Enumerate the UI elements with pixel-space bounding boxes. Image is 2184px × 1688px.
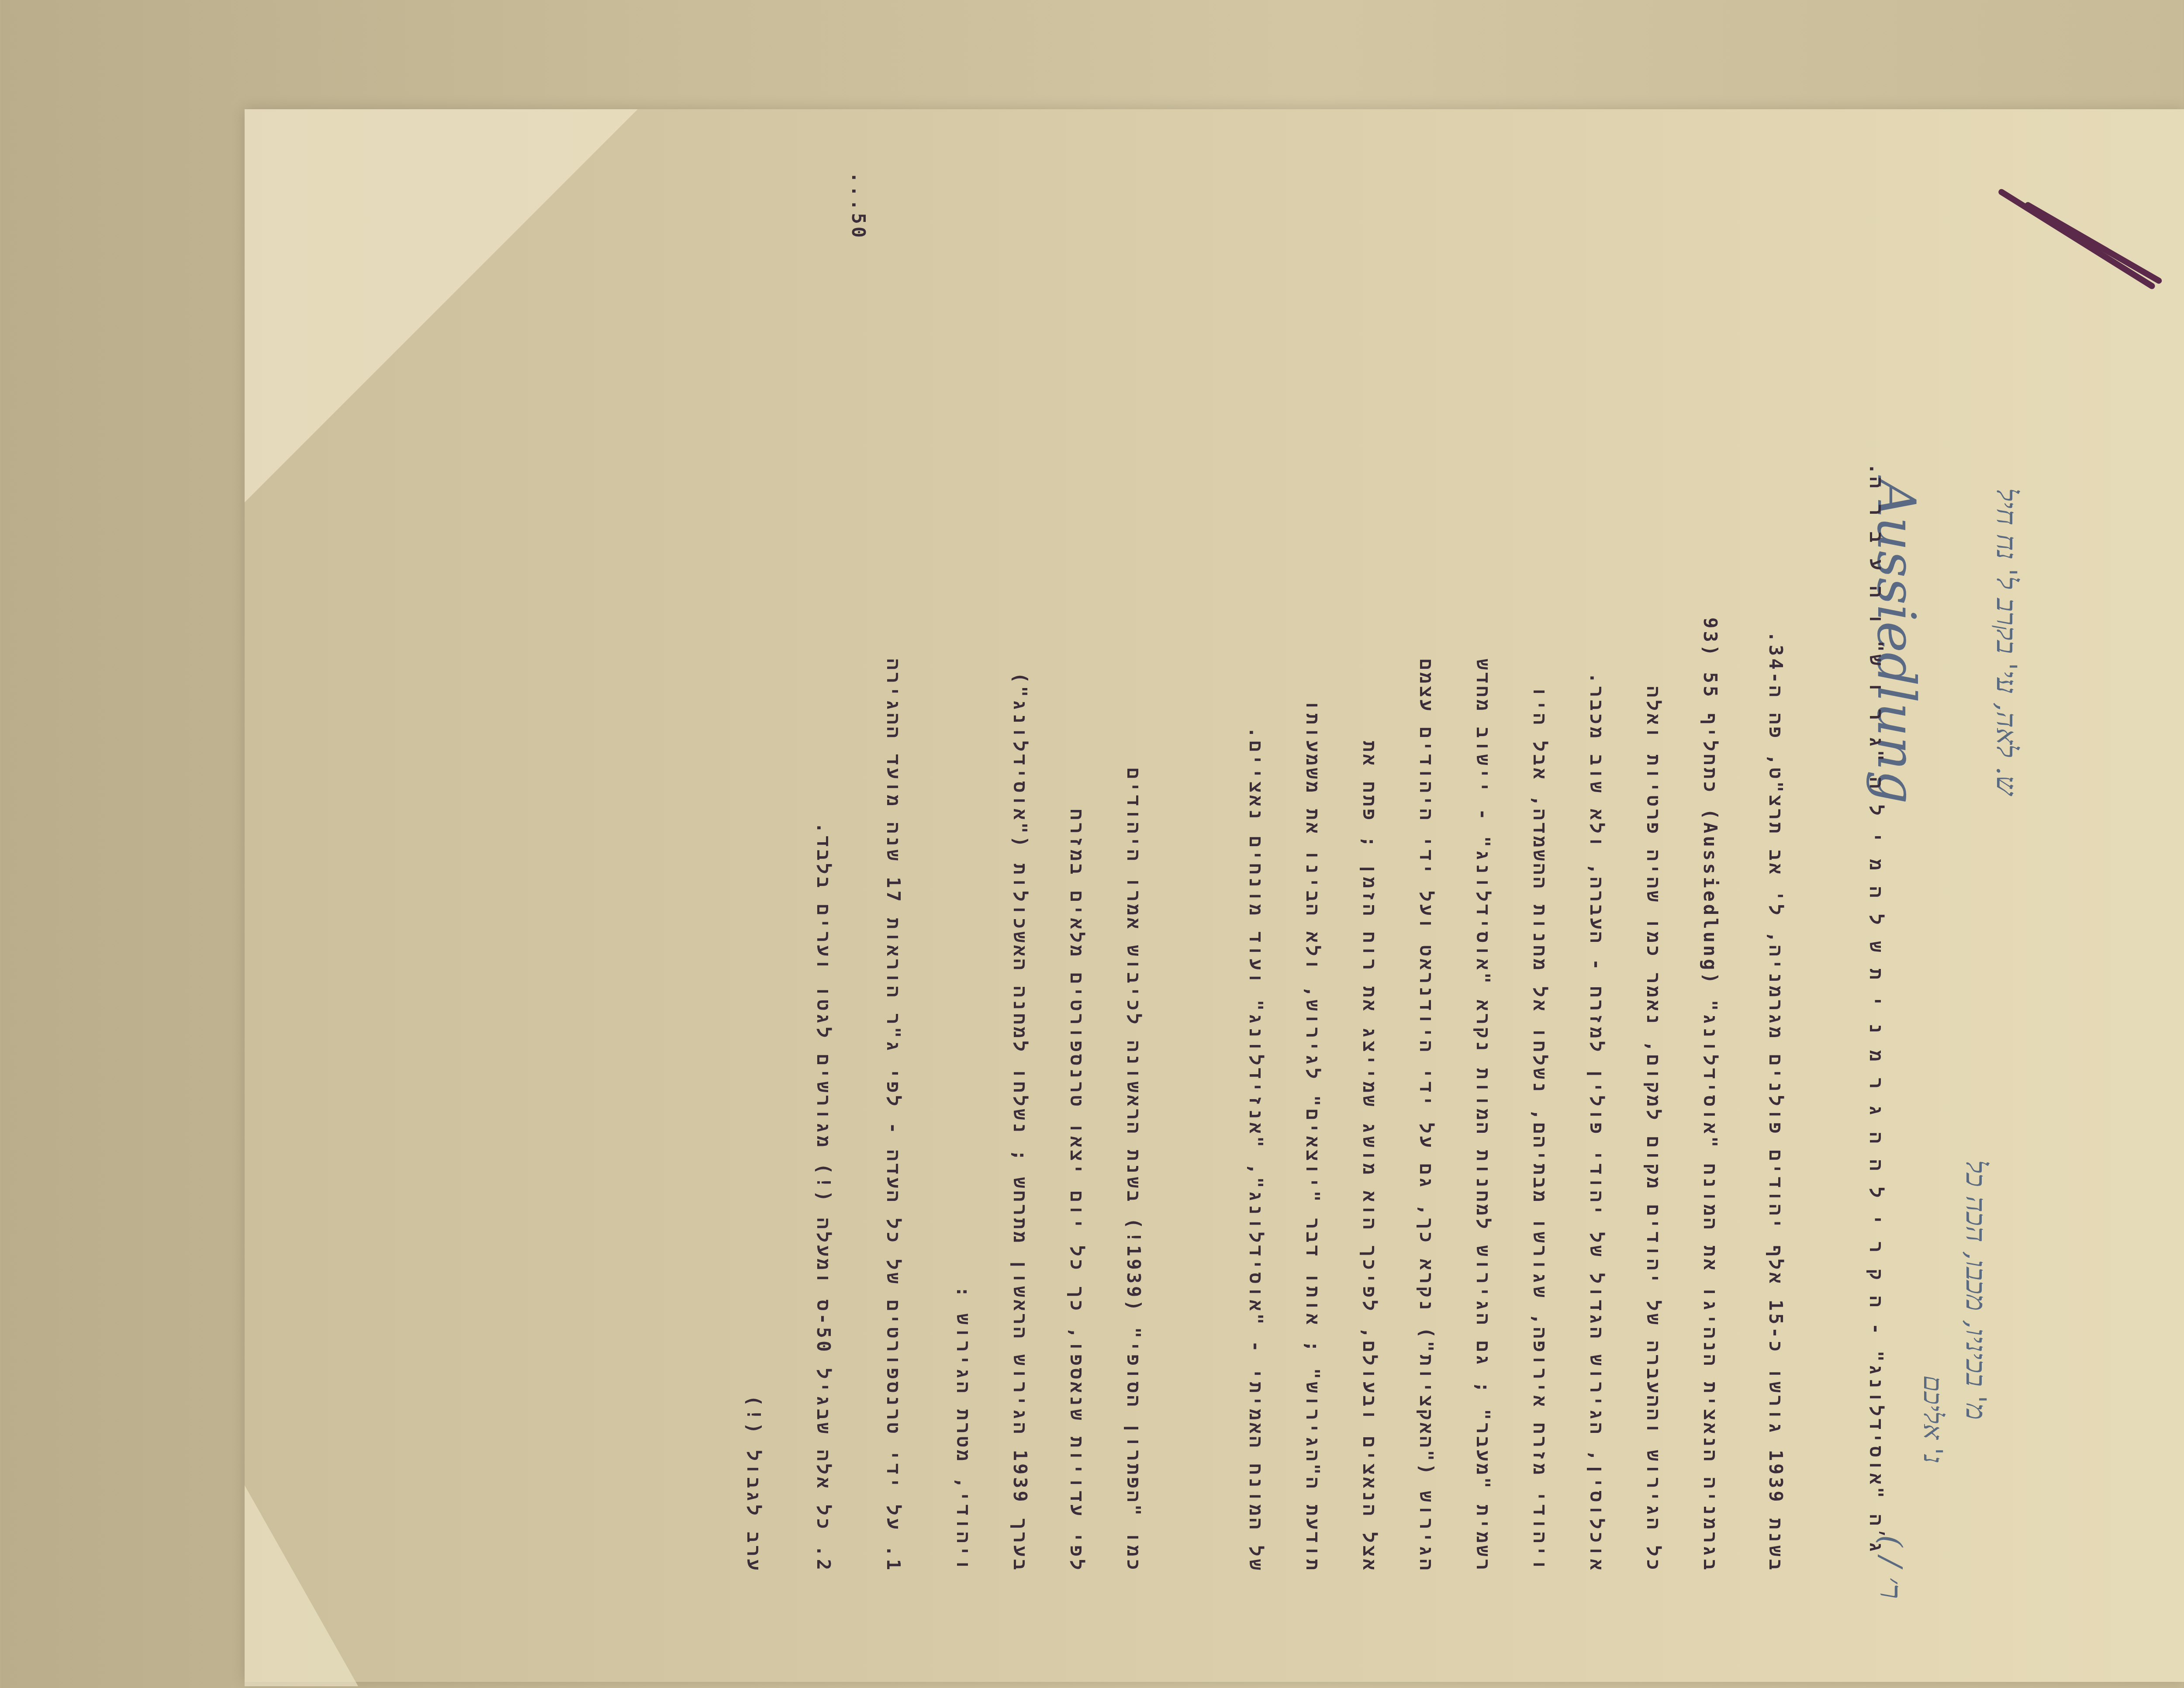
typed-line-4: כל הגירוש וההעברה של יהודים מקום למקום, … — [1641, 686, 1664, 1573]
handwritten-note-2: מ' בכיניו, מכבו, הכה כל — [1959, 1160, 1992, 1420]
typed-line-19: ערב לגבול (!) — [742, 1395, 764, 1573]
typed-line-2: בשנת 1939 גורשו כ-15 אלף יהודים פולנים מ… — [1764, 631, 1787, 1573]
typed-line-14: בערך 1939 הגירוש הראשון מתרחש ; נשלחו למ… — [1008, 672, 1031, 1573]
typed-line-7: רשמית "מעבר" ; גם הגירוש למחנות המוות נק… — [1471, 659, 1494, 1573]
pen-marks — [2001, 188, 2184, 319]
typed-line-5: אוכלוסין, הגירוש הגדול של יהודי פולין למ… — [1585, 672, 1607, 1573]
typed-line-13: לפי עדויות שנאספו, כך כל יום יצאו טרנספו… — [1065, 809, 1088, 1573]
typed-line-16: 1. על ידי טרנספורטים של כל העדה - לפי ג"… — [881, 659, 904, 1573]
typed-line-6: ויהודי מזרח אירופה, שגורשו מבתיהם, נשלחו… — [1528, 686, 1551, 1573]
handwritten-note-1: ש. לאה, עי' בקרב ל' נח חיל — [1990, 488, 2022, 795]
typed-line-3: בגרמניה הנאצית הנהיגו את המונח "אוסידלונ… — [1698, 617, 1721, 1573]
page-marker: 50... — [848, 172, 869, 240]
typed-line-17: 2. כל אלה שבגיל 50-ס ומעלה (!) מגורשים ל… — [812, 822, 834, 1573]
typed-line-12: כמו "הפתרון הסופי" (1939!) בשנת הראשונה … — [1122, 768, 1144, 1573]
typed-line-1: ג׳ה "אוסידלונג" - ה ק ר י ל ה ה ג ר מ נ … — [1864, 464, 1887, 1555]
typed-line-15: ויהודי, מטרת הגירוש : — [951, 1286, 974, 1573]
rotated-page-content: Aussiedlung ש. לאה, עי' בקרב ל' נח חיל מ… — [328, 109, 1944, 1573]
typed-line-9: אצל הנאצים ובעולם, לפיכך הוא מושג שמייצג… — [1358, 740, 1380, 1573]
typed-line-11: של המונח האמיתי - "אוסידלונג", "אנזידלונ… — [1244, 727, 1267, 1573]
handwritten-note-3: נ' אליכם — [1918, 1375, 1948, 1463]
typed-line-8: הגירוש ("האקציות") נקרא כך, גם על ידי הי… — [1414, 659, 1437, 1573]
typed-line-10: תודעת ה"הגירוש" ; אותו דבר "יוצאים" לגיר… — [1301, 700, 1324, 1573]
